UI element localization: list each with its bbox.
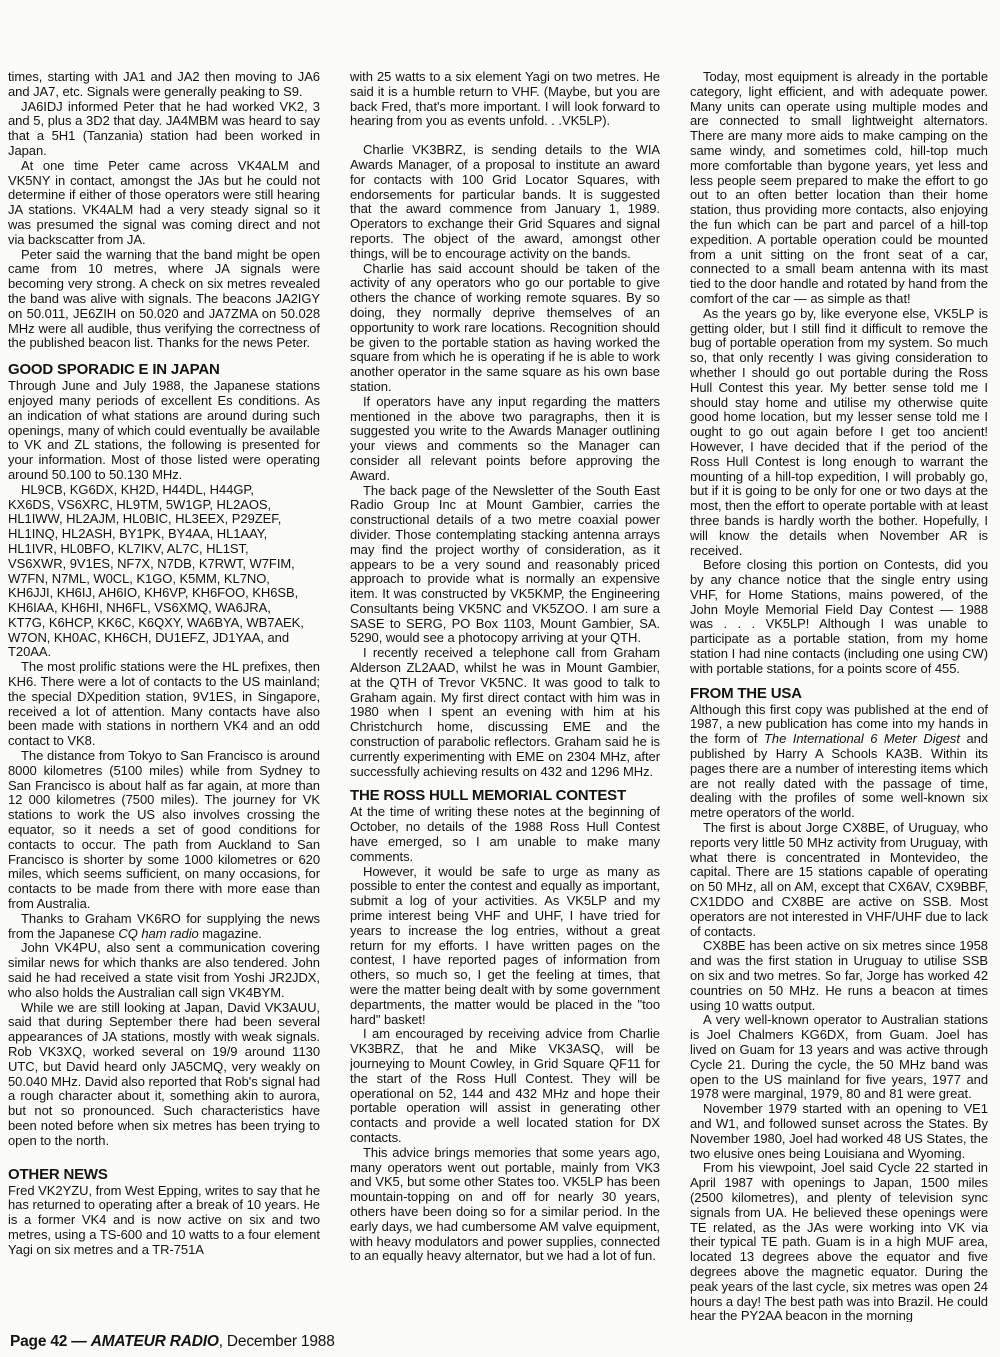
- section-heading: GOOD SPORADIC E IN JAPAN: [8, 361, 320, 378]
- paragraph: Charlie has said account should be taken…: [350, 262, 660, 395]
- callsign-line: KX6DS, VS6XRC, HL9TM, 5W1GP, HL2AOS,: [8, 498, 320, 513]
- paragraph: Today, most equipment is already in the …: [690, 70, 988, 307]
- paragraph: CX8BE has been active on six metres sinc…: [690, 939, 988, 1013]
- paragraph: A very well-known operator to Australian…: [690, 1013, 988, 1102]
- paragraph: If operators have any input regarding th…: [350, 395, 660, 484]
- paragraph: with 25 watts to a six element Yagi on t…: [350, 70, 660, 129]
- callsign-line: KT7G, K6HCP, KK6C, K6QXY, WA6BYA, WB7AEK…: [8, 616, 320, 631]
- callsign-line: HL1IWW, HL2AJM, HL0BIC, HL3EEX, P29ZEF,: [8, 512, 320, 527]
- callsign-line: KH6IAA, KH6HI, NH6FL, VS6XMQ, WA6JRA,: [8, 601, 320, 616]
- paragraph: At the time of writing these notes at th…: [350, 805, 660, 864]
- paragraph: November 1979 started with an opening to…: [690, 1102, 988, 1161]
- paragraph: John VK4PU, also sent a communication co…: [8, 941, 320, 1000]
- callsign-line: HL1IVR, HL0BFO, KL7IKV, AL7C, HL1ST,: [8, 542, 320, 557]
- callsign-line: W7ON, KH0AC, KH6CH, DU1EFZ, JD1YAA, and: [8, 631, 320, 646]
- paragraph: However, it would be safe to urge as man…: [350, 865, 660, 1028]
- callsign-list: HL9CB, KG6DX, KH2D, H44DL, H44GP,KX6DS, …: [8, 483, 320, 661]
- callsign-line: VS6XWR, 9V1ES, NF7X, N7DB, K7RWT, W7FIM,: [8, 557, 320, 572]
- section-heading: OTHER NEWS: [8, 1166, 320, 1183]
- text-column-3: Today, most equipment is already in the …: [690, 70, 988, 1322]
- text-column-1: times, starting with JA1 and JA2 then mo…: [8, 70, 320, 1322]
- paragraph: Through June and July 1988, the Japanese…: [8, 379, 320, 483]
- paragraph: I am encouraged by receiving advice from…: [350, 1027, 660, 1145]
- paragraph: I recently received a telephone call fro…: [350, 646, 660, 779]
- callsign-line: W7FN, N7ML, W0CL, K1GO, K5MM, KL7NO,: [8, 572, 320, 587]
- paragraph: The back page of the Newsletter of the S…: [350, 484, 660, 647]
- paragraph: Charlie VK3BRZ, is sending details to th…: [350, 143, 660, 261]
- paragraph: JA6IDJ informed Peter that he had worked…: [8, 100, 320, 159]
- section-heading: FROM THE USA: [690, 685, 988, 702]
- paragraph: At one time Peter came across VK4ALM and…: [8, 159, 320, 248]
- callsign-line: KH6JJI, KH6IJ, AH6IO, KH6VP, KH6FOO, KH6…: [8, 586, 320, 601]
- paragraph: Before closing this portion on Contests,…: [690, 558, 988, 676]
- paragraph: As the years go by, like everyone else, …: [690, 307, 988, 559]
- paragraph: The first is about Jorge CX8BE, of Urugu…: [690, 821, 988, 939]
- paragraph: times, starting with JA1 and JA2 then mo…: [8, 70, 320, 100]
- paragraph: This advice brings memories that some ye…: [350, 1146, 660, 1264]
- footer-issue-date: , December 1988: [219, 1333, 335, 1350]
- callsign-line: HL9CB, KG6DX, KH2D, H44DL, H44GP,: [8, 483, 320, 498]
- text-column-2: with 25 watts to a six element Yagi on t…: [350, 70, 660, 1322]
- page-footer: Page 42 — AMATEUR RADIO, December 1988: [10, 1333, 335, 1351]
- magazine-page: times, starting with JA1 and JA2 then mo…: [0, 0, 1000, 1357]
- footer-magazine-title: AMATEUR RADIO: [91, 1333, 219, 1350]
- callsign-line: HL1INQ, HL2ASH, BY1PK, BY4AA, HL1AAY,: [8, 527, 320, 542]
- paragraph: While we are still looking at Japan, Dav…: [8, 1001, 320, 1149]
- paragraph: Although this first copy was published a…: [690, 703, 988, 821]
- footer-page-number: Page 42 —: [10, 1333, 91, 1350]
- paragraph: The most prolific stations were the HL p…: [8, 660, 320, 749]
- callsign-line: T20AA.: [8, 645, 320, 660]
- paragraph: Peter said the warning that the band mig…: [8, 248, 320, 352]
- paragraph: Fred VK2YZU, from West Epping, writes to…: [8, 1184, 320, 1258]
- section-heading: THE ROSS HULL MEMORIAL CONTEST: [350, 787, 660, 804]
- paragraph: From his viewpoint, Joel said Cycle 22 s…: [690, 1161, 988, 1322]
- paragraph: Thanks to Graham VK6RO for supplying the…: [8, 912, 320, 942]
- paragraph: The distance from Tokyo to San Francisco…: [8, 749, 320, 912]
